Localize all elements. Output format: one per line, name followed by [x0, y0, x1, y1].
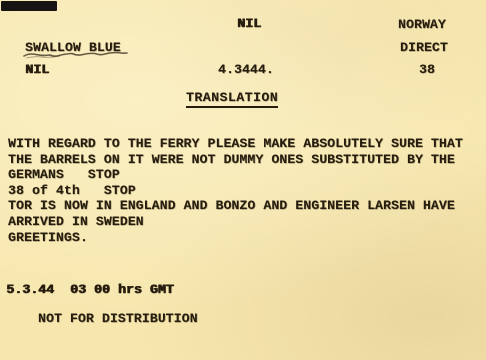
body-line: TOR IS NOW IN ENGLAND AND BONZO AND ENGI…: [8, 198, 463, 214]
body-line: GREETINGS.: [8, 230, 463, 246]
body-line: ARRIVED IN SWEDEN: [8, 214, 463, 230]
redaction-bar: [1, 1, 57, 11]
header-date: 4.3444.: [218, 62, 274, 77]
body-line: THE BARRELS ON IT WERE NOT DUMMY ONES SU…: [8, 152, 463, 168]
message-body: WITH REGARD TO THE FERRY PLEASE MAKE ABS…: [8, 136, 463, 245]
header-center-nil: NIL: [237, 16, 261, 31]
body-line: WITH REGARD TO THE FERRY PLEASE MAKE ABS…: [8, 136, 463, 152]
scribble-underline: [23, 51, 129, 60]
footer-dateline: 5.3.44 03 00 hrs GMT: [6, 282, 174, 297]
header-left-nil: NIL: [25, 62, 49, 77]
header-route: DIRECT: [400, 40, 448, 55]
telegram-document: NIL 4.3444. NORWAY DIRECT 38 SWALLOW BLU…: [0, 0, 486, 360]
document-title: TRANSLATION: [186, 90, 278, 108]
header-number: 38: [419, 62, 435, 77]
body-line: 38 of 4th STOP: [8, 183, 463, 199]
header-country: NORWAY: [398, 17, 446, 32]
footer-distribution: NOT FOR DISTRIBUTION: [38, 311, 198, 326]
body-line: GERMANS STOP: [8, 167, 463, 183]
